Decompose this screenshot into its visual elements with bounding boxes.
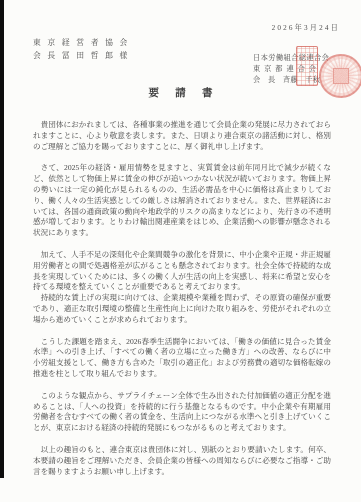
paragraph-2026-campaign: こうした課題を踏まえ、2026春季生活闘争においては、「働きの価値に見合った賃金… — [33, 337, 331, 380]
document-title: 要請書 — [0, 85, 361, 100]
scanned-request-letter: 2026年3月24日 東京経営者協会 会長冨田哲郎様 日本労働組合総連合会 東京… — [0, 0, 361, 502]
recipient-block: 東京経営者協会 会長冨田哲郎様 — [33, 36, 134, 62]
paragraph-greeting: 貴団体におかれましては、各種事業の推進を通じて会員企業の発展に尽力されておられま… — [33, 120, 331, 152]
document-date: 2026年3月24日 — [272, 23, 340, 33]
paragraph-economic-situation: さて、2025年の経済・雇用情勢を見ますと、実質賃金は前年同月比で減少が続くなど… — [33, 163, 331, 239]
scan-edge-artifact — [0, 0, 4, 478]
red-stamp-square-seal — [296, 46, 318, 86]
paragraph-wage-increase: 持続的な賃上げの実現に向けては、企業規模や業種を問わず、その原資の確保が重要であ… — [33, 293, 331, 325]
paragraph-closing-request: 以上の趣旨のもと、連合東京は貴団体に対し、別紙のとおり要請いたします。何卒、本要… — [33, 445, 331, 477]
paragraph-labor-shortage: 加えて、人手不足の深刻化や企業間競争の激化を背景に、中小企業や正規・非正規雇用労… — [33, 250, 331, 293]
letter-body: 貴団体におかれましては、各種事業の推進を通じて会員企業の発展に尽力されておられま… — [33, 120, 331, 477]
recipient-organization: 東京経営者協会 — [33, 36, 134, 49]
paragraph-supply-chain: このような観点から、サプライチェーン全体で生み出された付加価値の適正分配を進める… — [33, 391, 331, 434]
recipient-person: 会長冨田哲郎様 — [33, 49, 134, 62]
